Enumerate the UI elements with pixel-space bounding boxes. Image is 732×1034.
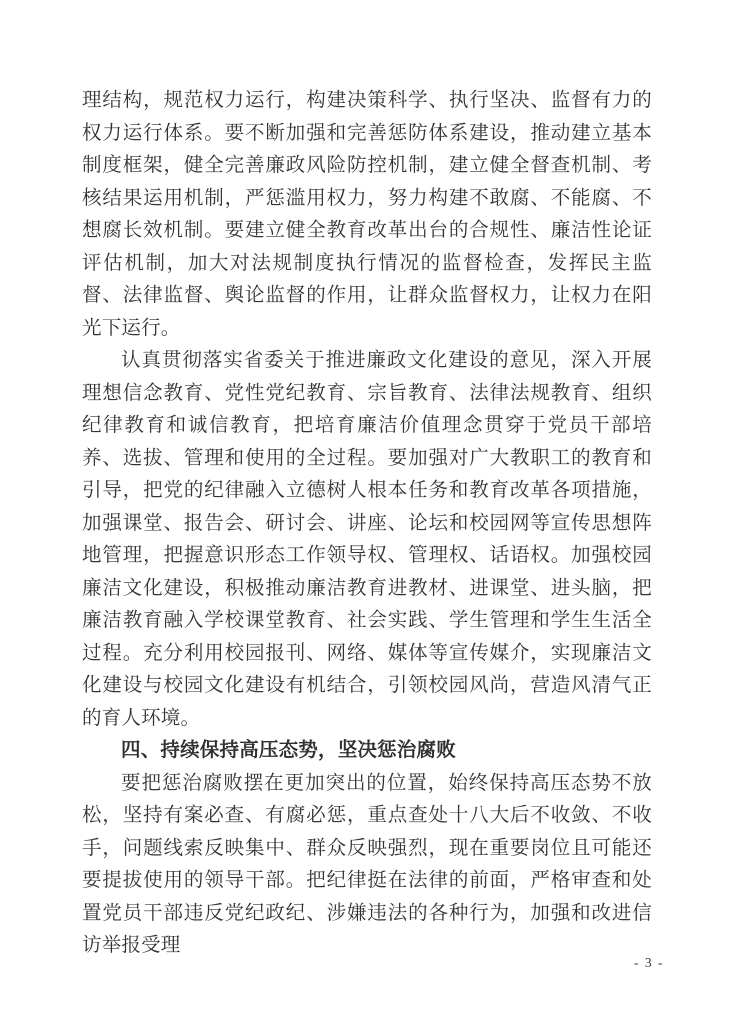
document-body: 理结构，规范权力运行，构建决策科学、执行坚决、监督有力的权力运行体系。要不断加强… bbox=[82, 85, 652, 963]
page-number: - 3 - bbox=[634, 956, 664, 970]
paragraph-culture-education: 认真贯彻落实省委关于推进廉政文化建设的意见，深入开展理想信念教育、党性党纪教育、… bbox=[82, 345, 652, 735]
paragraph-continuation: 理结构，规范权力运行，构建决策科学、执行坚决、监督有力的权力运行体系。要不断加强… bbox=[82, 85, 652, 345]
section-heading-4: 四、持续保持高压态势，坚决惩治腐败 bbox=[82, 735, 652, 768]
paragraph-punish-corruption: 要把惩治腐败摆在更加突出的位置，始终保持高压态势不放松，坚持有案必查、有腐必惩，… bbox=[82, 768, 652, 963]
document-page: 理结构，规范权力运行，构建决策科学、执行坚决、监督有力的权力运行体系。要不断加强… bbox=[0, 0, 732, 1034]
